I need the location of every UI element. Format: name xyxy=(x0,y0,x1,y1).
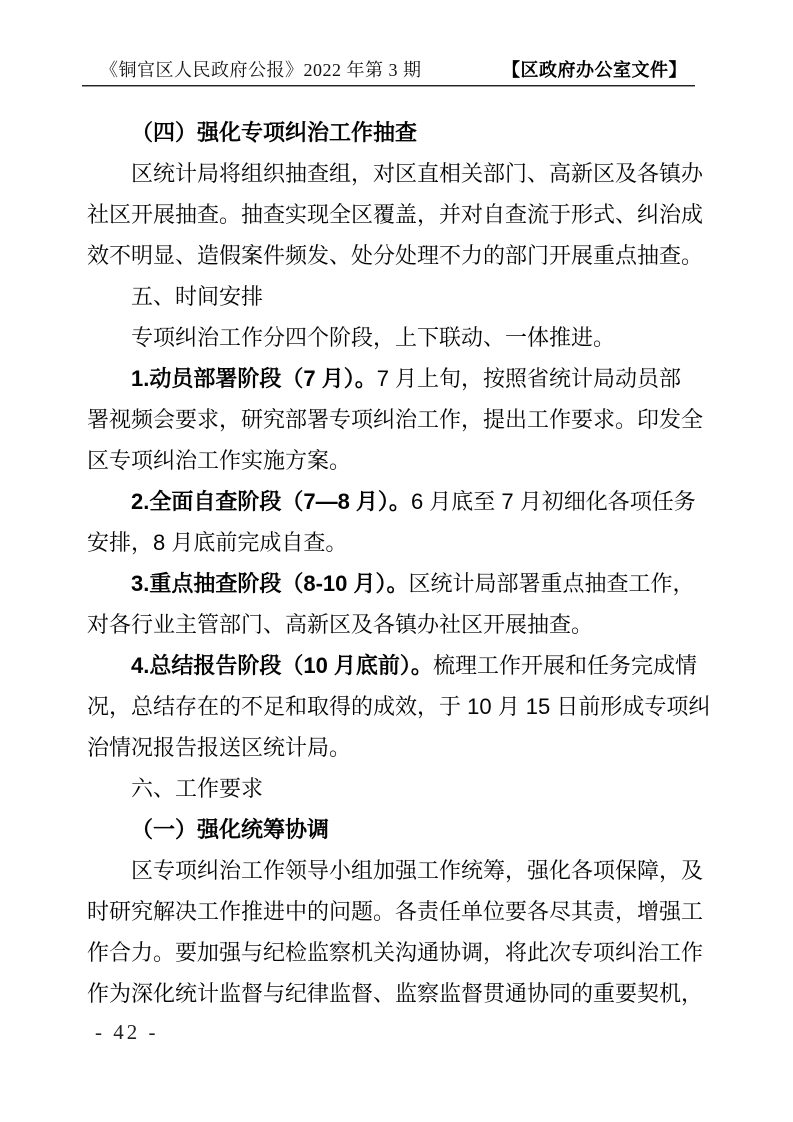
text-line: 区统计局将组织抽查组，对区直相关部门、高新区及各镇办 xyxy=(87,153,727,194)
text-line: 效不明显、造假案件频发、处分处理不力的部门开展重点抽查。 xyxy=(87,235,727,276)
text-segment: 效不明显、造假案件频发、处分处理不力的部门开展重点抽查。 xyxy=(87,243,703,268)
text-line: 社区开展抽查。抽查实现全区覆盖，并对自查流于形式、纠治成 xyxy=(87,194,727,235)
text-segment: 作合力。要加强与纪检监察机关沟通协调，将此次专项纠治工作 xyxy=(87,940,703,965)
text-segment: 区统计局部署重点抽查工作， xyxy=(409,571,695,596)
text-line: 署视频会要求，研究部署专项纠治工作，提出工作要求。印发全 xyxy=(87,399,727,440)
header-rule xyxy=(82,85,695,87)
bold-text-segment: （一）强化统筹协调 xyxy=(131,817,329,842)
text-line: 作为深化统计监督与纪律监督、监察监督贯通协同的重要契机， xyxy=(87,973,727,1014)
text-segment: 社区开展抽查。抽查实现全区覆盖，并对自查流于形式、纠治成 xyxy=(87,202,703,227)
page-header: 《铜官区人民政府公报》2022 年第 3 期 【区政府办公室文件】 xyxy=(100,58,687,82)
text-segment: 署视频会要求，研究部署专项纠治工作，提出工作要求。印发全 xyxy=(87,407,703,432)
document-body: （四）强化专项纠治工作抽查区统计局将组织抽查组，对区直相关部门、高新区及各镇办社… xyxy=(87,112,727,1014)
text-segment: 治情况报告报送区统计局。 xyxy=(87,735,351,760)
text-line: 4.总结报告阶段（10 月底前）。梳理工作开展和任务完成情 xyxy=(87,645,727,686)
text-line: 治情况报告报送区统计局。 xyxy=(87,727,727,768)
text-segment: 区统计局将组织抽查组，对区直相关部门、高新区及各镇办 xyxy=(131,161,703,186)
document-category-tag: 【区政府办公室文件】 xyxy=(502,58,687,82)
text-segment: 梳理工作开展和任务完成情 xyxy=(433,653,697,678)
text-line: 六、工作要求 xyxy=(87,768,727,809)
text-segment: 作为深化统计监督与纪律监督、监察监督贯通协同的重要契机， xyxy=(87,981,703,1006)
text-line: 1.动员部署阶段（7 月）。7 月上旬，按照省统计局动员部 xyxy=(87,358,727,399)
text-segment: 对各行业主管部门、高新区及各镇办社区开展抽查。 xyxy=(87,612,593,637)
text-line: 区专项纠治工作领导小组加强工作统筹，强化各项保障，及 xyxy=(87,850,727,891)
document-page: 《铜官区人民政府公报》2022 年第 3 期 【区政府办公室文件】 （四）强化专… xyxy=(0,0,793,1122)
bold-text-segment: 2.全面自查阶段（7—8 月）。 xyxy=(131,489,411,514)
text-segment: 区专项纠治工作领导小组加强工作统筹，强化各项保障，及 xyxy=(131,858,703,883)
text-line: 况，总结存在的不足和取得的成效，于 10 月 15 日前形成专项纠 xyxy=(87,686,727,727)
text-segment: 6 月底至 7 月初细化各项任务 xyxy=(411,489,696,514)
text-line: （一）强化统筹协调 xyxy=(87,809,727,850)
text-line: 2.全面自查阶段（7—8 月）。6 月底至 7 月初细化各项任务 xyxy=(87,481,727,522)
page-number: - 42 - xyxy=(95,1020,159,1044)
page-footer: - 42 - xyxy=(95,1018,159,1046)
text-segment: 安排，8 月底前完成自查。 xyxy=(87,530,347,555)
gazette-title: 《铜官区人民政府公报》2022 年第 3 期 xyxy=(100,58,422,82)
text-segment: 五、时间安排 xyxy=(131,284,263,309)
bold-text-segment: 3.重点抽查阶段（8-10 月）。 xyxy=(131,571,409,596)
text-line: 3.重点抽查阶段（8-10 月）。区统计局部署重点抽查工作， xyxy=(87,563,727,604)
text-segment: 六、工作要求 xyxy=(131,776,263,801)
text-line: 安排，8 月底前完成自查。 xyxy=(87,522,727,563)
text-segment: 专项纠治工作分四个阶段，上下联动、一体推进。 xyxy=(131,325,615,350)
text-line: 作合力。要加强与纪检监察机关沟通协调，将此次专项纠治工作 xyxy=(87,932,727,973)
bold-text-segment: （四）强化专项纠治工作抽查 xyxy=(131,120,417,145)
text-line: 专项纠治工作分四个阶段，上下联动、一体推进。 xyxy=(87,317,727,358)
text-line: 对各行业主管部门、高新区及各镇办社区开展抽查。 xyxy=(87,604,727,645)
bold-text-segment: 4.总结报告阶段（10 月底前）。 xyxy=(131,653,433,678)
text-line: 区专项纠治工作实施方案。 xyxy=(87,440,727,481)
text-segment: 区专项纠治工作实施方案。 xyxy=(87,448,351,473)
text-line: 时研究解决工作推进中的问题。各责任单位要各尽其责，增强工 xyxy=(87,891,727,932)
bold-text-segment: 1.动员部署阶段（7 月）。 xyxy=(131,366,377,391)
text-segment: 时研究解决工作推进中的问题。各责任单位要各尽其责，增强工 xyxy=(87,899,703,924)
text-line: （四）强化专项纠治工作抽查 xyxy=(87,112,727,153)
text-segment: 况，总结存在的不足和取得的成效，于 10 月 15 日前形成专项纠 xyxy=(87,694,710,719)
text-line: 五、时间安排 xyxy=(87,276,727,317)
text-segment: 7 月上旬，按照省统计局动员部 xyxy=(377,366,681,391)
